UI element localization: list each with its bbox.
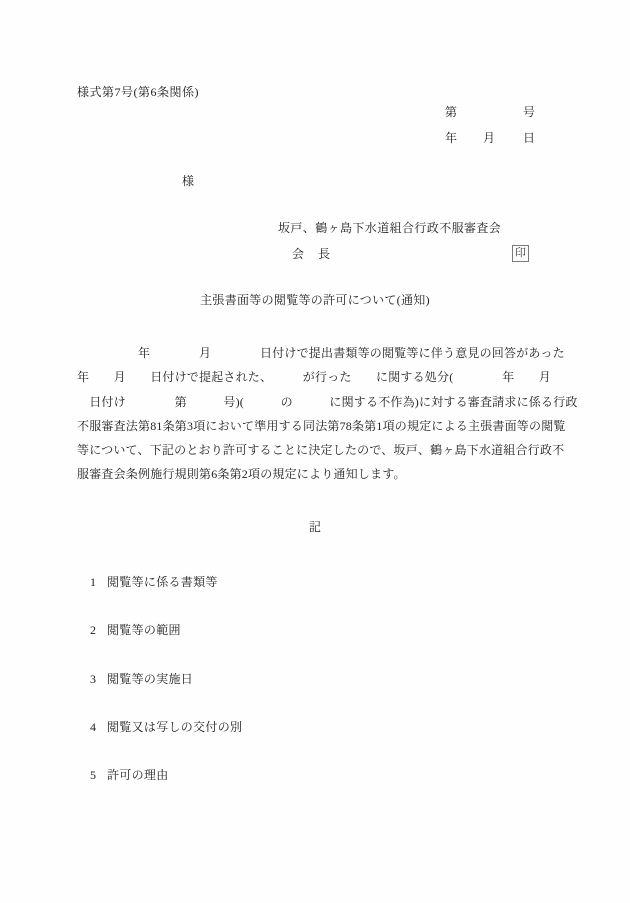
list-item-number: 2: [90, 624, 97, 636]
list-item-number: 5: [90, 769, 97, 781]
body-line: 等について、下記のとおり許可することに決定したので、坂戸、鶴ヶ島下水道組合行政不: [77, 438, 577, 462]
seal-stamp-icon: 印: [512, 245, 529, 262]
document-page: 様式第7号(第6条関係) 第 号 年 月 日 様 坂戸、鶴ヶ島下水道組合行政不服…: [0, 0, 630, 903]
list-item-label: 許可の理由: [107, 768, 169, 782]
document-subject-title: 主張書面等の閲覧等の許可について(通知): [0, 294, 630, 306]
date-month-label: 月: [483, 132, 495, 144]
list-item: 3閲覧等の実施日: [78, 661, 193, 697]
list-item-number: 1: [90, 576, 97, 588]
body-line: 服審査会条例施行規則第6条第2項の規定により通知します。: [77, 462, 577, 486]
doc-number-prefix-label: 第: [445, 106, 457, 118]
list-item: 5許可の理由: [78, 757, 169, 793]
list-item-label: 閲覧等の範囲: [107, 623, 181, 637]
body-line: 年 月 日付けで提起された、 が行った に関する処分( 年 月: [77, 365, 577, 389]
addressee-honorific-label: 様: [182, 175, 194, 187]
body-paragraph: 年 月 日付けで提出書類等の閲覧等に伴う意見の回答があった 年 月 日付けで提起…: [77, 341, 577, 487]
date-day-label: 日: [523, 132, 535, 144]
body-line: 日付け 第 号)( の に関する不作為)に対する審査請求に係る行政: [77, 390, 577, 414]
list-item-number: 3: [90, 673, 97, 685]
list-item-label: 閲覧等の実施日: [107, 672, 193, 686]
issuer-organization-name: 坂戸、鶴ヶ島下水道組合行政不服審査会: [278, 222, 501, 234]
doc-number-suffix-label: 号: [523, 106, 535, 118]
date-year-label: 年: [445, 132, 457, 144]
list-item: 4閲覧又は写しの交付の別: [78, 709, 242, 745]
list-item-number: 4: [90, 721, 97, 733]
list-item: 2閲覧等の範囲: [78, 612, 181, 648]
list-item-label: 閲覧等に係る書類等: [107, 575, 218, 589]
list-item-label: 閲覧又は写しの交付の別: [107, 720, 242, 734]
body-line: 年 月 日付けで提出書類等の閲覧等に伴う意見の回答があった: [77, 341, 577, 365]
body-line: 不服審査法第81条第3項において準用する同法第78条第1項の規定による主張書面等…: [77, 414, 577, 438]
record-marker-label: 記: [0, 521, 630, 533]
form-number-label: 様式第7号(第6条関係): [77, 86, 199, 98]
list-item: 1閲覧等に係る書類等: [78, 564, 218, 600]
issuer-chairman-title: 会 長: [292, 248, 331, 260]
